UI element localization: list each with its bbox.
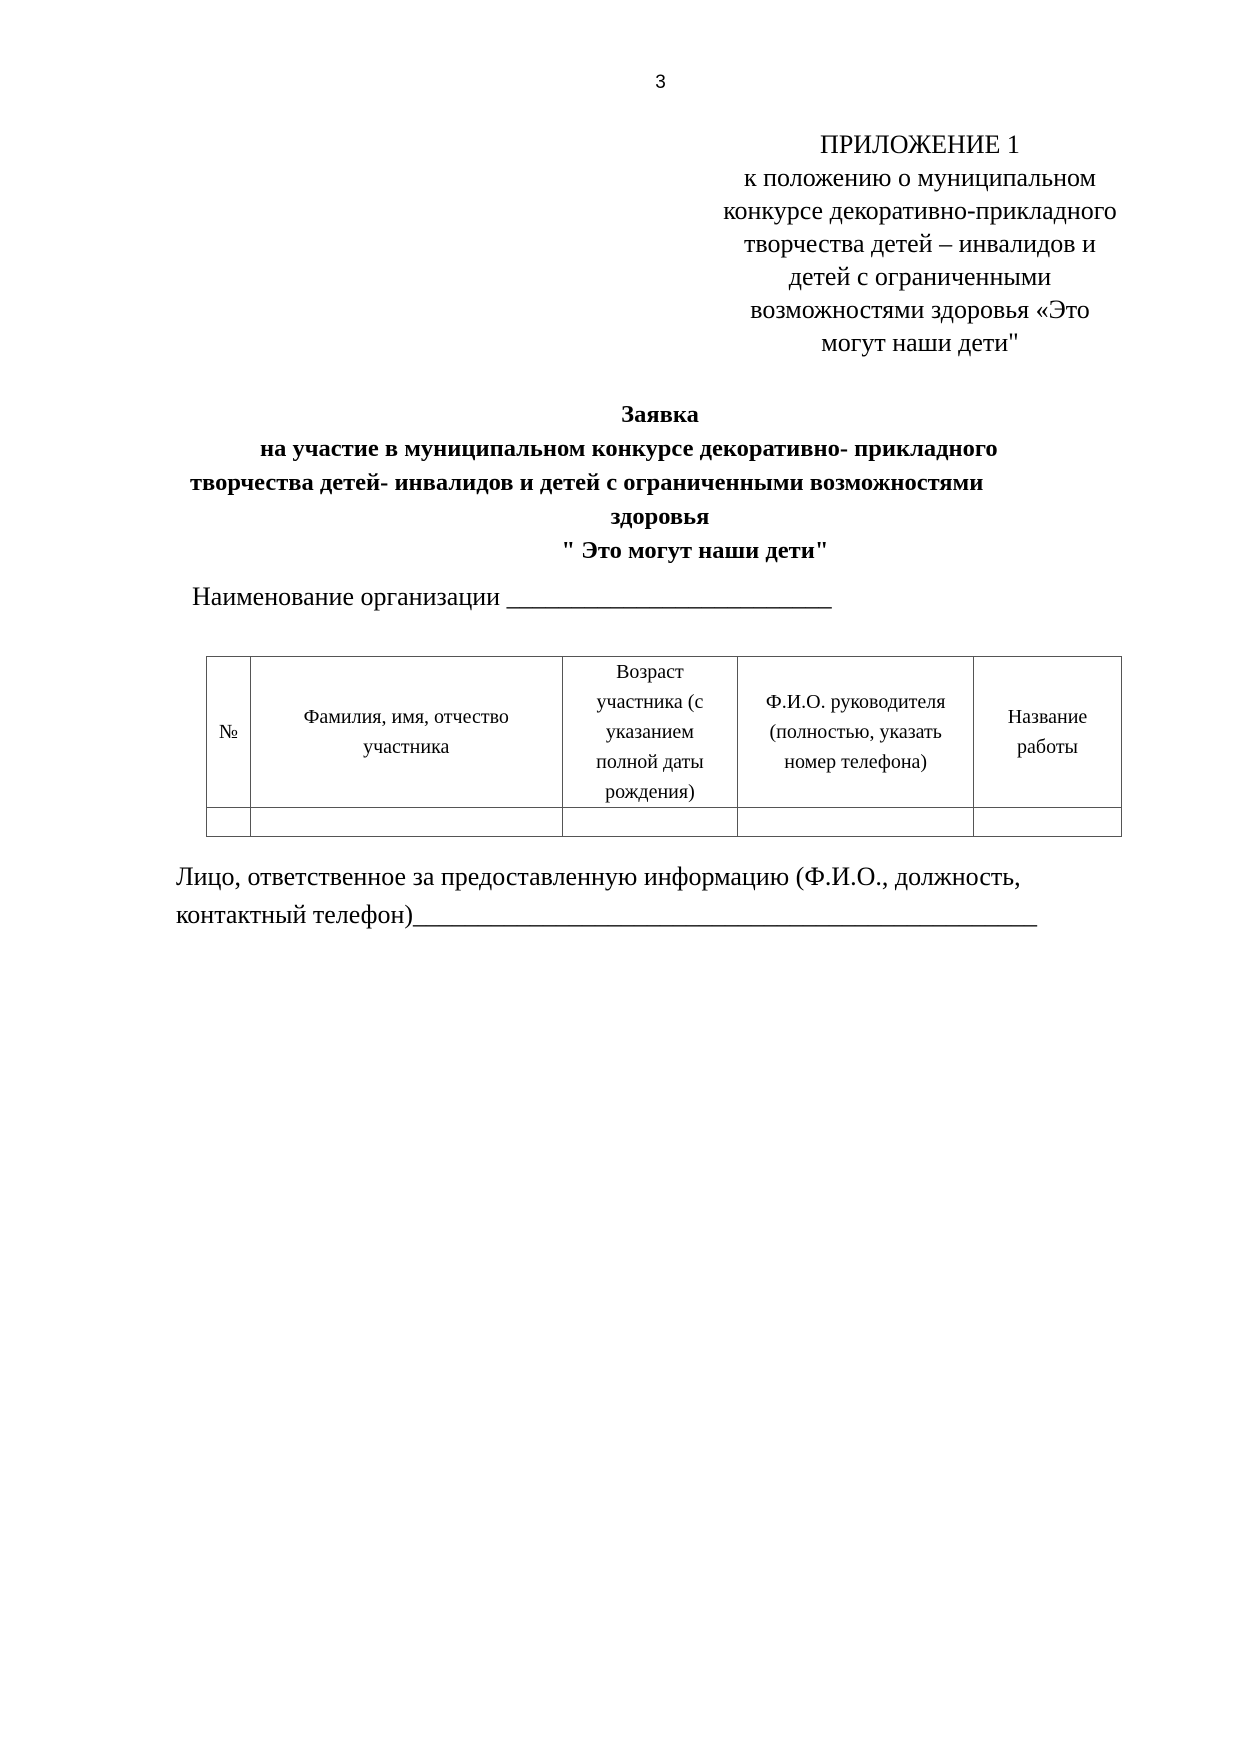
column-header-supervisor: Ф.И.О. руководителя (полностью, указать … (738, 657, 974, 808)
column-header-age: Возраст участника (с указанием полной да… (562, 657, 738, 808)
organization-label: Наименование организации (192, 582, 500, 611)
appendix-line: детей с ограниченными (690, 260, 1150, 293)
appendix-heading: ПРИЛОЖЕНИЕ 1 (690, 128, 1150, 161)
appendix-line: возможностями здоровья «Это (690, 293, 1150, 326)
appendix-header: ПРИЛОЖЕНИЕ 1 к положению о муниципальном… (690, 128, 1150, 359)
table-row (207, 808, 1122, 837)
organization-field: Наименование организации _______________… (192, 582, 832, 612)
table-cell[interactable] (974, 808, 1122, 837)
title-line: на участие в муниципальном конкурсе деко… (180, 432, 1140, 466)
table-cell[interactable] (738, 808, 974, 837)
organization-blank[interactable]: _________________________ (507, 582, 832, 611)
title-line: " Это могут наши дети" (180, 534, 1140, 568)
column-header-work-title: Название работы (974, 657, 1122, 808)
table-cell[interactable] (250, 808, 562, 837)
appendix-line: могут наши дети" (690, 326, 1150, 359)
title-line: творчества детей- инвалидов и детей с ог… (180, 466, 1140, 500)
column-header-number: № (207, 657, 251, 808)
table-cell[interactable] (207, 808, 251, 837)
appendix-line: конкурсе декоративно-прикладного (690, 194, 1150, 227)
responsible-contact-blank[interactable]: ________________________________________… (413, 900, 1037, 929)
participants-table: № Фамилия, имя, отчество участника Возра… (206, 656, 1122, 837)
table-header-row: № Фамилия, имя, отчество участника Возра… (207, 657, 1122, 808)
responsible-contact-label: контактный телефон) (176, 900, 413, 929)
appendix-line: к положению о муниципальном (690, 161, 1150, 194)
column-header-participant-name: Фамилия, имя, отчество участника (250, 657, 562, 808)
responsible-contact-line: контактный телефон)_____________________… (176, 896, 1156, 934)
table-cell[interactable] (562, 808, 738, 837)
responsible-label: Лицо, ответственное за предоставленную и… (176, 858, 1156, 896)
title-heading: Заявка (180, 398, 1140, 432)
page-number: 3 (0, 72, 1241, 94)
responsible-person-field: Лицо, ответственное за предоставленную и… (176, 858, 1156, 934)
appendix-line: творчества детей – инвалидов и (690, 227, 1150, 260)
application-title: Заявка на участие в муниципальном конкур… (180, 398, 1140, 568)
title-line: здоровья (180, 500, 1140, 534)
